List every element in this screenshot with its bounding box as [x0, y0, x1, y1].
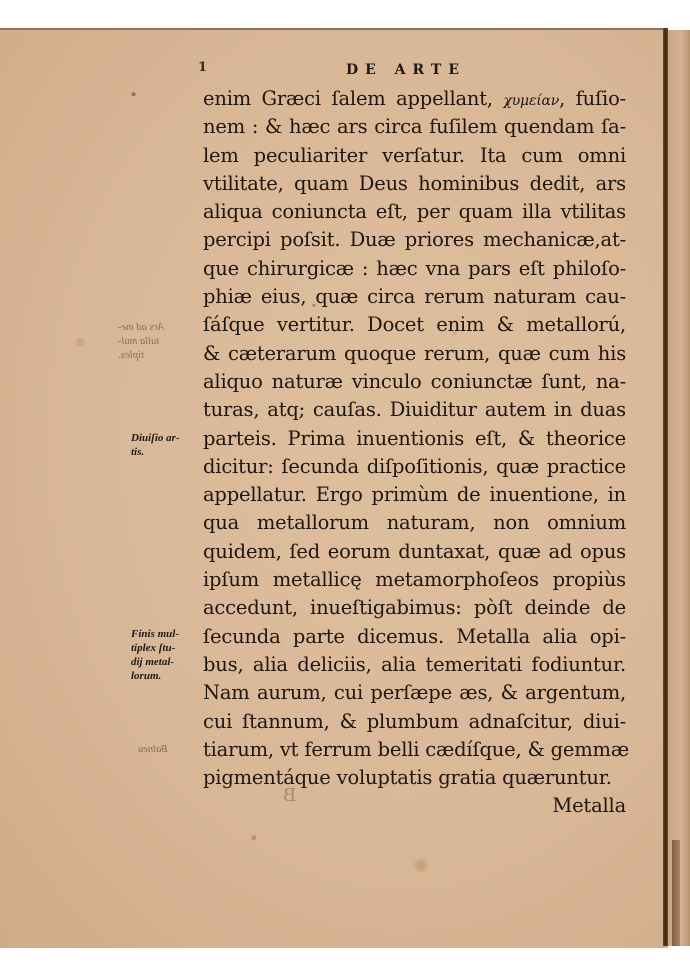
text-segment: enim Græci ſalem appellant, [203, 87, 503, 110]
page-edge-shadow [672, 840, 680, 946]
text-line: & cæterarum quoque rerum, quæ cum his [203, 340, 626, 368]
text-line: aliqua coniuncta eſt, per quam illa vtil… [203, 198, 626, 226]
text-line: pigmentáque voluptatis gratia quæruntur. [203, 764, 626, 792]
text-line: phiæ eius, quæ circa rerum naturam cau- [203, 283, 626, 311]
text-line: Nam aurum, cui perſæpe æs, & argentum, [203, 679, 626, 707]
signature-mark: 1 [198, 60, 207, 75]
text-line: vtilitate, quam Deus hominibus dedit, ar… [203, 170, 626, 198]
text-line: appellatur. Ergo primùm de inuentione, i… [203, 481, 626, 509]
text-line: percipi poſsit. Duæ priores mechanicæ,at… [203, 226, 626, 254]
text-line: nem : & hæc ars circa fuſilem quendam ſa… [203, 113, 626, 141]
text-line: cui ſtannum, & plumbum adnaſcitur, diui- [203, 708, 626, 736]
text-line: parteis. Prima inuentionis eſt, & theori… [203, 425, 626, 453]
margin-note-line: lorum. [131, 669, 179, 683]
margin-note-line: Finis mul- [131, 627, 179, 641]
margin-note-line: tiplex ſtu- [131, 641, 179, 655]
margin-note-line: dij metal- [131, 655, 179, 669]
show-through-line: Balneu [138, 743, 168, 757]
text-line: enim Græci ſalem appellant, χυμείαν, fuſ… [203, 85, 626, 113]
text-line: ſecunda parte dicemus. Metalla alia opi- [203, 623, 626, 651]
text-line: aliquo naturæ vinculo coniunctæ ſunt, na… [203, 368, 626, 396]
text-line: turas, atq; cauſas. Diuiditur autem in d… [203, 396, 626, 424]
margin-note-line: tis. [131, 445, 180, 459]
text-segment: , fuſio- [559, 87, 626, 110]
greek-word: χυμείαν [503, 93, 559, 109]
margin-note-diuisio: Diuiſio ar- tis. [131, 431, 180, 459]
text-line: dicitur: ſecunda diſpoſitionis, quæ prac… [203, 453, 626, 481]
body-text: enim Græci ſalem appellant, χυμείαν, fuſ… [203, 85, 626, 821]
catchword: Metalla [203, 792, 626, 820]
show-through-margin-note: Ars ad me- talla mul- tiplex. [118, 321, 188, 363]
show-through-line: Ars ad me- [118, 321, 188, 335]
text-line: tiarum, vt ferrum belli cædíſque, & gemm… [203, 736, 626, 764]
margin-note-line: Diuiſio ar- [131, 431, 180, 445]
show-through-margin-note: Balneu [138, 743, 168, 757]
text-line: bus, alia deliciis, alia temeritati fodi… [203, 651, 626, 679]
adjacent-page-edge [668, 30, 690, 946]
show-through-line: talla mul- [118, 335, 188, 349]
text-line: accedunt, inueſtigabimus: pòſt deinde de [203, 594, 626, 622]
text-line: quidem, ſed eorum duntaxat, quæ ad opus [203, 538, 626, 566]
margin-note-finis: Finis mul- tiplex ſtu- dij metal- lorum. [131, 627, 179, 683]
text-line: ſáſque vertitur. Docet enim & metallorú, [203, 311, 626, 339]
text-line: que chirurgicæ : hæc vna pars eſt philoſ… [203, 255, 626, 283]
text-line: lem peculiariter verſatur. Ita cum omni [203, 142, 626, 170]
text-line: ipſum metallicę metamorphoſeos propiùs [203, 566, 626, 594]
running-head: DE ARTE [346, 62, 466, 78]
show-through-line: tiplex. [118, 349, 188, 363]
text-line: qua metallorum naturam, non omnium [203, 509, 626, 537]
